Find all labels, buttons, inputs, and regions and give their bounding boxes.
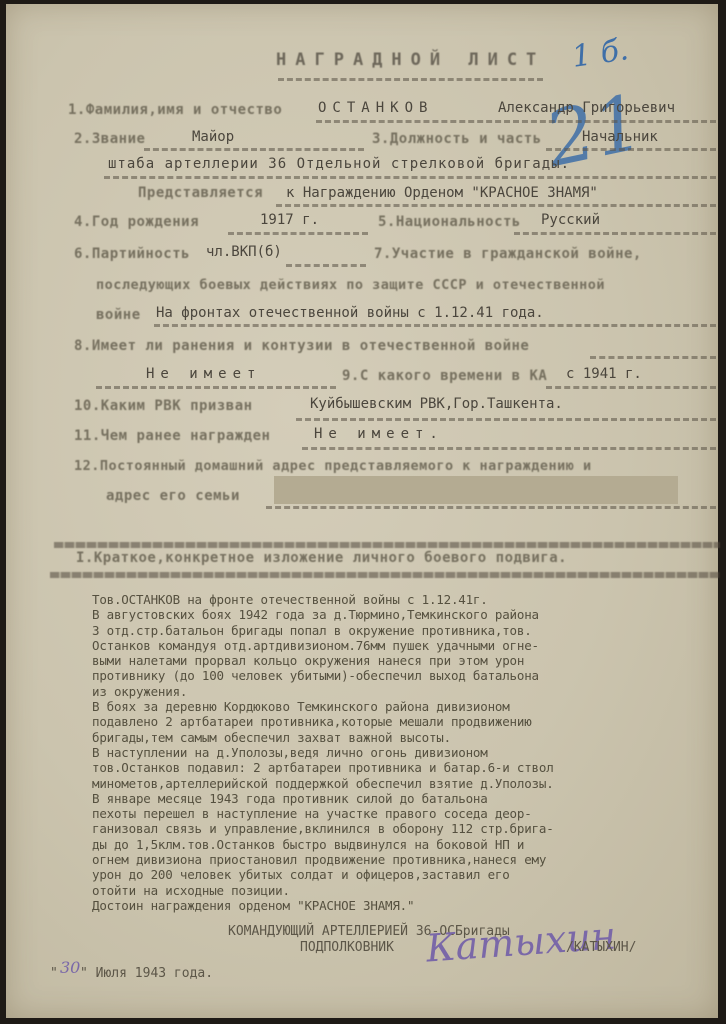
nomination-line xyxy=(276,204,716,207)
narrative-line: тов.Останков подавил: 2 артбатареи проти… xyxy=(92,760,554,775)
field-12-label: 12.Постоянный домашний адрес представляе… xyxy=(74,458,592,474)
field-6-value: чл.ВКП(б) xyxy=(206,244,282,260)
field-4-value: 1917 г. xyxy=(260,212,319,228)
field-2-label: 2.Звание xyxy=(74,131,145,147)
field-8-value-line xyxy=(96,386,336,389)
narrative-line: В январе месяце 1943 года противник сило… xyxy=(92,791,554,806)
field-6-label: 6.Партийность xyxy=(74,246,190,262)
narrative-line: урон до 200 человек убитых солдат и офиц… xyxy=(92,867,554,882)
field-10-line xyxy=(296,418,716,421)
narrative-line: Тов.ОСТАНКОВ на фронте отечественной вой… xyxy=(92,592,554,607)
field-11-value: Не имеет. xyxy=(314,426,444,442)
redacted-address xyxy=(274,476,678,504)
narrative-line: из окружения. xyxy=(92,684,554,699)
field-6-line xyxy=(286,264,366,267)
award-sheet-paper: НАГРАДНОЙ ЛИСТ 1 б. 21 1.Фамилия,имя и о… xyxy=(6,4,718,1018)
field-1-label: 1.Фамилия,имя и отчество xyxy=(68,102,282,118)
field-9-label: 9.С какого времени в КА xyxy=(342,368,547,384)
nomination-value: к Награждению Орденом "КРАСНОЕ ЗНАМЯ" xyxy=(286,185,598,201)
section-heading: I.Краткое,конкретное изложение личного б… xyxy=(76,550,567,566)
date-day: 30 xyxy=(60,958,80,977)
narrative-line: бригады,тем самым обеспечил захват важно… xyxy=(92,730,554,745)
nomination-label: Представляется xyxy=(138,185,263,201)
field-10-value: Куйбышевским РВК,Гор.Ташкента. xyxy=(310,396,563,412)
date-rest: " Июля 1943 года. xyxy=(80,966,213,981)
field-11-label: 11.Чем ранее награжден xyxy=(74,428,270,444)
narrative-line: огнем дивизиона приостановил продвижение… xyxy=(92,852,554,867)
annotation-top-right: 1 б. xyxy=(570,32,631,75)
field-3-value-continued: штаба артеллерии 36 Отдельной стрелковой… xyxy=(108,156,570,172)
field-1-name: Александр Григорьевич xyxy=(498,100,675,116)
narrative-line: Достоин награждения орденом "КРАСНОЕ ЗНА… xyxy=(92,898,554,913)
narrative-line: минометов,артеллерийской поддержкой обес… xyxy=(92,776,554,791)
field-9-line xyxy=(546,386,716,389)
field-8-line xyxy=(590,356,716,359)
field-1-line xyxy=(316,120,716,123)
field-7-label: 7.Участие в гражданской войне, xyxy=(374,246,642,262)
field-3-line xyxy=(546,148,716,151)
field-8-value: Не имеет xyxy=(146,366,261,382)
narrative-line: ганизовал связь и управление,вклинился в… xyxy=(92,821,554,836)
signature-rank: ПОДПОЛКОВНИК xyxy=(300,940,394,955)
narrative-line: Останков командуя отд.артдивизионом.76мм… xyxy=(92,638,554,653)
field-7-label-cont1: последующих боевых действиях по защите С… xyxy=(96,277,605,293)
narrative-line: пехоты перешел в наступление на участке … xyxy=(92,806,554,821)
field-3-value: Начальник xyxy=(582,129,658,145)
field-4-label: 4.Год рождения xyxy=(74,214,199,230)
narrative-line: противнику (до 100 человек убитыми)-обес… xyxy=(92,668,554,683)
field-1-surname: ОСТАНКОВ xyxy=(318,100,433,116)
narrative-line: выми налетами прорвал кольцо окружения н… xyxy=(92,653,554,668)
title-underline xyxy=(278,78,543,81)
field-7-label-cont2: войне xyxy=(96,307,141,323)
field-5-value: Русский xyxy=(541,212,600,228)
field-11-line xyxy=(302,447,716,450)
field-8-label: 8.Имеет ли ранения и контузии в отечеств… xyxy=(74,338,529,354)
narrative-line: отойти на исходные позиции. xyxy=(92,883,554,898)
narrative-block: Тов.ОСТАНКОВ на фронте отечественной вой… xyxy=(92,592,554,913)
field-3-cont-line xyxy=(104,176,716,179)
field-9-value: с 1941 г. xyxy=(566,366,642,382)
field-2-line xyxy=(144,148,364,151)
section-strip-bottom xyxy=(50,572,720,578)
narrative-line: В августовских боях 1942 года за д.Тюрми… xyxy=(92,607,554,622)
section-strip-top xyxy=(54,542,720,548)
signature-name: /КАТЫХИН/ xyxy=(566,940,636,955)
field-2-value: Майор xyxy=(192,129,234,145)
document-title: НАГРАДНОЙ ЛИСТ xyxy=(276,50,545,70)
date-open-quote: " xyxy=(50,966,58,981)
field-5-label: 5.Национальность xyxy=(378,214,521,230)
field-3-label: 3.Должность и часть xyxy=(372,131,542,147)
narrative-line: В наступлении на д.Уполозы,ведя лично ог… xyxy=(92,745,554,760)
field-7-line xyxy=(154,324,716,327)
field-12-line xyxy=(266,506,716,509)
field-4-line xyxy=(228,232,368,235)
narrative-line: ды до 1,5клм.тов.Останков быстро выдвину… xyxy=(92,837,554,852)
field-5-line xyxy=(514,232,716,235)
field-7-value: На фронтах отечественной войны с 1.12.41… xyxy=(156,305,544,321)
narrative-line: 3 отд.стр.батальон бригады попал в окруж… xyxy=(92,623,554,638)
field-12-label-cont: адрес его семьи xyxy=(106,488,240,504)
narrative-line: В боях за деревню Кордюково Темкинского … xyxy=(92,699,554,714)
narrative-line: подавлено 2 артбатареи противника,которы… xyxy=(92,714,554,729)
field-10-label: 10.Каким РВК призван xyxy=(74,398,253,414)
